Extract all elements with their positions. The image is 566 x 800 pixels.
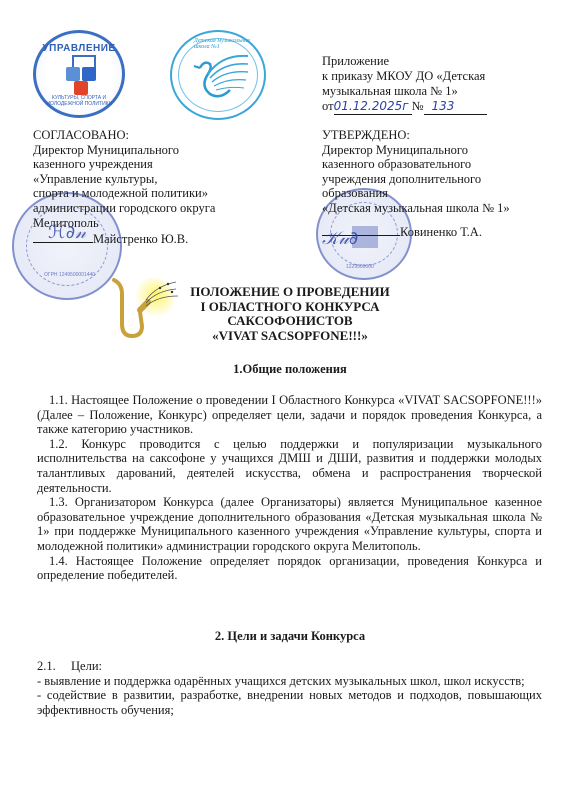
- approved-line: Директор Муниципального: [322, 143, 510, 158]
- order-date: 01.12.2025г: [334, 99, 412, 115]
- agreed-line: Директор Муниципального: [33, 143, 215, 158]
- list-item: - выявление и поддержка одарённых учащих…: [37, 674, 542, 689]
- paragraph: 1.3. Организатором Конкурса (далее Орган…: [37, 495, 542, 553]
- approved-signer: Ковиненко Т.А.: [400, 225, 482, 239]
- subsection-number: 2.1.: [37, 659, 71, 674]
- section-body: 2.1.Цели: - выявление и поддержка одарён…: [37, 659, 542, 717]
- number-prefix: №: [412, 99, 424, 113]
- section-body: 1.1. Настоящее Положение о проведении I …: [37, 393, 542, 583]
- order-number: 133: [424, 99, 487, 115]
- appendix-block: Приложение к приказу МКОУ ДО «Детская му…: [322, 54, 487, 115]
- agreed-heading: СОГЛАСОВАНО:: [33, 128, 215, 143]
- subsection-label: Цели:: [71, 659, 102, 673]
- title-line: «VIVAT SACSOPFONE!!!»: [160, 329, 420, 344]
- paragraph: 1.4. Настоящее Положение определяет поря…: [37, 554, 542, 583]
- agreed-line: «Управление культуры,: [33, 172, 215, 187]
- agreed-line: спорта и молодежной политики»: [33, 186, 215, 201]
- appendix-line: к приказу МКОУ ДО «Детская: [322, 69, 487, 84]
- approved-heading: УТВЕРЖДЕНО:: [322, 128, 510, 143]
- paragraph: 1.2. Конкурс проводится с целью поддержк…: [37, 437, 542, 495]
- department-logo-text: УПРАВЛЕНИЕ: [36, 43, 122, 54]
- date-prefix: от: [322, 99, 334, 113]
- department-logo-subtext: КУЛЬТУРЫ, СПОРТА И МОЛОДЕЖНОЙ ПОЛИТИКИ: [36, 95, 122, 107]
- appendix-line: Приложение: [322, 54, 487, 69]
- approved-line: образования: [322, 186, 510, 201]
- bird-icon: [186, 46, 252, 108]
- signature-scribble: 𝒦𝓊∂: [322, 228, 358, 249]
- appendix-date-line: от01.12.2025г№133: [322, 99, 487, 115]
- hexagon-icon: [74, 81, 88, 95]
- title-line: ПОЛОЖЕНИЕ О ПРОВЕДЕНИИ: [160, 285, 420, 300]
- agreed-line: администрации городского округа: [33, 201, 215, 216]
- title-line: САКСОФОНИСТОВ: [160, 314, 420, 329]
- stamp-text: 1229500000: [346, 264, 374, 270]
- appendix-line: музыкальная школа № 1»: [322, 84, 487, 99]
- agreed-line: казенного учреждения: [33, 157, 215, 172]
- approved-line: учреждения дополнительного: [322, 172, 510, 187]
- department-logo: УПРАВЛЕНИЕ КУЛЬТУРЫ, СПОРТА И МОЛОДЕЖНОЙ…: [33, 30, 125, 118]
- stamp-text: ОГРН 1249500001440: [44, 272, 95, 278]
- title-line: I ОБЛАСТНОГО КОНКУРСА: [160, 300, 420, 315]
- approved-block: УТВЕРЖДЕНО: Директор Муниципального казе…: [322, 128, 510, 239]
- approved-line: «Детская музыкальная школа № 1»: [322, 201, 510, 216]
- section-heading: 1.Общие положения: [40, 362, 540, 377]
- document-title: ПОЛОЖЕНИЕ О ПРОВЕДЕНИИ I ОБЛАСТНОГО КОНК…: [160, 285, 420, 343]
- paragraph: 1.1. Настоящее Положение о проведении I …: [37, 393, 542, 437]
- music-school-logo: Детская музыкальная школа №1: [170, 30, 266, 120]
- section-heading: 2. Цели и задачи Конкурса: [40, 629, 540, 644]
- agreed-signer: Майстренко Ю.В.: [93, 232, 188, 246]
- hexagon-icon: [82, 67, 96, 81]
- approved-line: казенного образовательного: [322, 157, 510, 172]
- list-item: - содействие в развитии, разработке, вне…: [37, 688, 542, 717]
- signature-scribble: ℋ∂𝓃: [48, 222, 86, 243]
- subsection-title: 2.1.Цели:: [37, 659, 542, 674]
- hexagon-icon: [66, 67, 80, 81]
